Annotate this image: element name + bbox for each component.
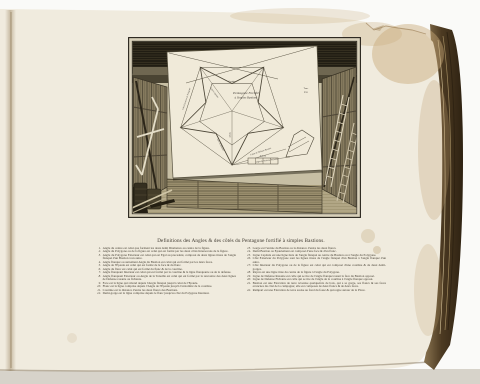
legend-heading: Definitions des Angles & des côtés du Pe… — [95, 238, 387, 244]
photographed-book-page: Pentagone Fortifié à Simples Bastions To… — [0, 0, 480, 384]
item-number: 22. — [245, 289, 251, 293]
legend-right-column: 13. Gorge est l'entrée du Bastion ou la … — [245, 247, 386, 296]
diagram-title-line2: à Simples Bastions — [235, 96, 258, 100]
label-rayon: Rayon — [228, 132, 230, 138]
tome-ref: Tom. — [304, 88, 309, 90]
plate-scene: Pentagone Fortifié à Simples Bastions To… — [132, 42, 359, 214]
stain-lower-right — [414, 244, 442, 336]
definition-item: 12. Demi-gorge est la ligne comprise dep… — [95, 292, 236, 296]
scale-label: Echelle — [260, 156, 267, 158]
stain-top-band — [230, 8, 370, 24]
legend-columns: 1. Angle du centre est celui que forment… — [95, 247, 387, 296]
stain-right-edge — [418, 80, 450, 220]
legend-left-column: 1. Angle du centre est celui que forment… — [95, 247, 236, 296]
engraving-plate: Pentagone Fortifié à Simples Bastions To… — [128, 37, 361, 218]
item-text: Rempart est une Elevation de terre assis… — [253, 289, 386, 293]
legend-block: Definitions des Angles & des côtés du Pe… — [95, 238, 387, 296]
item-text: Demi-gorge est la ligne comprise depuis … — [103, 292, 236, 296]
label-courtine: Courtine — [228, 81, 235, 83]
stain-spot-3 — [67, 333, 77, 343]
diagram-title-line1: Pentagone Fortifié — [232, 91, 259, 95]
page-ref: pag. — [304, 91, 308, 94]
definition-item: 22. Rempart est une Elevation de terre a… — [245, 289, 386, 293]
drawing-sheet — [167, 46, 322, 178]
item-number: 12. — [95, 292, 101, 296]
